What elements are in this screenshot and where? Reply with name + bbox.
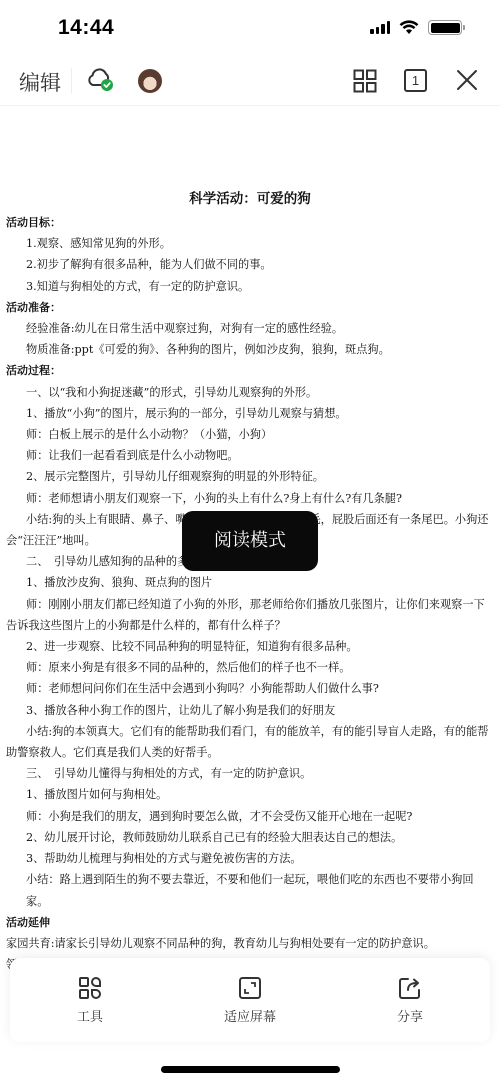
document-line: 3、帮助幼儿梳理与狗相处的方式与避免被伤害的方法。 <box>0 848 500 869</box>
document-line: 师：白板上展示的是什么小动物？（小猫，小狗） <box>0 424 500 445</box>
document-line: 1、播放“小狗”的图片，展示狗的一部分，引导幼儿观察与猜想。 <box>0 403 500 424</box>
cellular-signal-icon <box>370 21 390 34</box>
document-line: 2、展示完整图片，引导幼儿仔细观察狗的明显的外形特征。 <box>0 466 500 487</box>
document-line: 家园共育:请家长引导幼儿观察不同品种的狗，教育幼儿与狗相处要有一定的防护意识。 <box>0 933 500 954</box>
document-line: 物质准备:ppt《可爱的狗》、各种狗的图片，例如沙皮狗，狼狗，斑点狗。 <box>0 339 500 360</box>
battery-icon <box>428 20 462 35</box>
grid-view-icon[interactable] <box>353 69 377 93</box>
document-line: 3.知道与狗相处的方式，有一定的防护意识。 <box>0 276 500 297</box>
status-bar: 14:44 <box>0 0 500 56</box>
section-heading: 活动延伸 <box>0 912 500 933</box>
fit-screen-label: 适应屏幕 <box>210 1006 290 1025</box>
document-line: 师：刚刚小朋友们都已经知道了小狗的外形，那老师给你们播放几张图片，让你们来观察一… <box>0 594 500 636</box>
document-body: 活动目标：1.观察、感知常见狗的外形。2.初步了解狗有很多品种，能为人们做不同的… <box>0 212 500 975</box>
section-heading: 活动过程： <box>0 360 500 381</box>
page-number-button[interactable]: 1 <box>404 69 427 92</box>
edit-button[interactable]: 编辑 <box>19 67 61 97</box>
document-line: 师：小狗是我们的朋友，遇到狗时要怎么做，才不会受伤又能开心地在一起呢? <box>0 806 500 827</box>
close-icon[interactable] <box>456 69 478 91</box>
document-line: 2、进一步观察、比较不同品种狗的明显特征，知道狗有很多品种。 <box>0 636 500 657</box>
document-line: 三、 引导幼儿懂得与狗相处的方式，有一定的防护意识。 <box>0 763 500 784</box>
document-line: 2.初步了解狗有很多品种，能为人们做不同的事。 <box>0 254 500 275</box>
document-line: 师：老师想请小朋友们观察一下，小狗的头上有什么?身上有什么?有几条腿? <box>0 488 500 509</box>
document-line: 师：让我们一起看看到底是什么小动物吧。 <box>0 445 500 466</box>
document-line: 师：原来小狗是有很多不同的品种的，然后他们的样子也不一样。 <box>0 657 500 678</box>
bottom-toolbar: 工具 适应屏幕 分享 <box>10 958 490 1042</box>
share-button[interactable]: 分享 <box>370 976 450 1025</box>
share-label: 分享 <box>370 1006 450 1025</box>
document-line: 一、以“我和小狗捉迷藏”的形式，引导幼儿观察狗的外形。 <box>0 382 500 403</box>
tools-button[interactable]: 工具 <box>50 976 130 1025</box>
header-divider <box>71 68 72 94</box>
document-line: 经验准备:幼儿在日常生活中观察过狗，对狗有一定的感性经验。 <box>0 318 500 339</box>
section-heading: 活动准备： <box>0 297 500 318</box>
document-title: 科学活动：可爱的狗 <box>0 186 500 212</box>
status-time: 14:44 <box>58 16 114 40</box>
document-line: 小结:狗的本领真大。它们有的能帮助我们看门，有的能放羊，有的能引导盲人走路，有的… <box>0 721 500 763</box>
document-line: 1、播放图片如何与狗相处。 <box>0 784 500 805</box>
reading-mode-toast: 阅读模式 <box>182 511 318 571</box>
user-avatar[interactable] <box>138 69 162 93</box>
tools-icon <box>78 976 102 1000</box>
document-line: 3、播放各种小狗工作的图片，让幼儿了解小狗是我们的好朋友 <box>0 700 500 721</box>
app-header: 编辑 1 <box>0 56 500 106</box>
share-icon <box>398 976 422 1000</box>
wifi-icon <box>399 20 419 35</box>
home-indicator[interactable] <box>161 1066 340 1073</box>
status-icons <box>370 20 462 35</box>
fit-screen-icon <box>238 976 262 1000</box>
section-heading: 活动目标： <box>0 212 500 233</box>
fit-screen-button[interactable]: 适应屏幕 <box>210 976 290 1025</box>
cloud-sync-check-icon[interactable] <box>86 66 114 92</box>
document-line: 1、播放沙皮狗、狼狗、斑点狗的图片 <box>0 572 500 593</box>
document-line: 1.观察、感知常见狗的外形。 <box>0 233 500 254</box>
document-line: 师：老师想问问你们在生活中会遇到小狗吗？小狗能帮助人们做什么事? <box>0 678 500 699</box>
document-line: 小结：路上遇到陌生的狗不要去靠近，不要和他们一起玩，喂他们吃的东西也不要带小狗回… <box>0 869 500 911</box>
tools-label: 工具 <box>50 1006 130 1025</box>
document-line: 2、幼儿展开讨论，教师鼓励幼儿联系自己已有的经验大胆表达自己的想法。 <box>0 827 500 848</box>
document-page: 科学活动：可爱的狗 活动目标：1.观察、感知常见狗的外形。2.初步了解狗有很多品… <box>0 186 500 975</box>
